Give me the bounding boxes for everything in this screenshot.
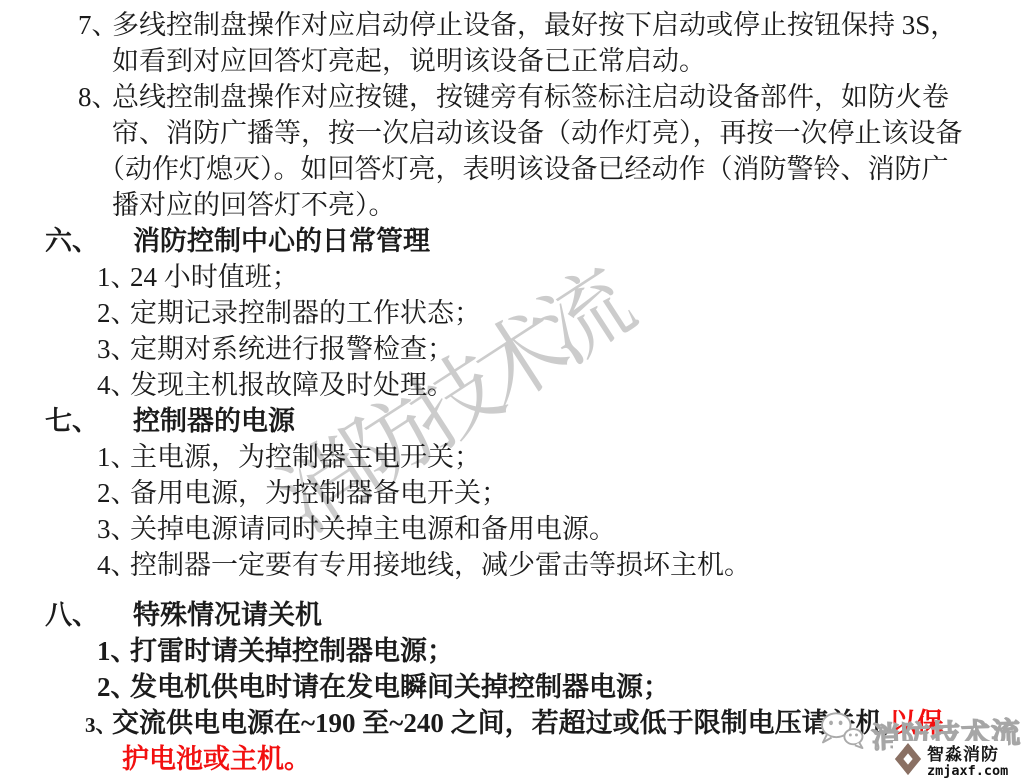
item-text: 打雷时请关掉控制器电源； — [130, 636, 454, 666]
brand-diamond-icon — [893, 741, 923, 783]
brand-text: 智淼消防 zmjaxf.com — [927, 746, 1008, 779]
section-heading-6: 六、消防控制中心的日常管理 — [0, 223, 1034, 259]
item-text: 交流供电电源在 — [112, 708, 301, 738]
list-item-8-cont: 帘、消防广播等，按一次启动该设备（动作灯亮），再按一次停止该设备 — [0, 115, 1034, 151]
list-item-7: 7、多线控制盘操作对应启动停止设备，最好按下启动或停止按钮保持 3S， — [0, 7, 1034, 43]
section-number: 七、 — [45, 403, 133, 439]
item-text: （动作灯熄灭）。如回答灯亮，表明该设备已经动作（消防警铃、消防广 — [98, 154, 949, 184]
list-item: 1、主电源，为控制器主电开关； — [0, 439, 1034, 475]
list-item: 2、定期记录控制器的工作状态； — [0, 295, 1034, 331]
item-text: 播对应的回答灯不亮）。 — [112, 190, 396, 220]
section-number: 八、 — [45, 597, 133, 633]
item-number: 3、 — [85, 707, 112, 743]
section-title: 控制器的电源 — [133, 406, 295, 436]
list-item: 2、发电机供电时请在发电瞬间关掉控制器电源； — [0, 669, 1034, 705]
warning-text: 护电池或主机。 — [122, 744, 311, 774]
item-number: 1、 — [97, 633, 130, 669]
list-item: 4、发现主机报故障及时处理。 — [0, 367, 1034, 403]
list-item: 3、定期对系统进行报警检查； — [0, 331, 1034, 367]
section-title: 特殊情况请关机 — [133, 600, 322, 630]
item-number: 4、 — [97, 547, 130, 583]
brand-badge: 智淼消防 zmjaxf.com — [893, 741, 1008, 783]
item-text: 关掉电源请同时关掉主电源和备用电源。 — [130, 514, 616, 544]
item-number: 4、 — [97, 367, 130, 403]
brand-name: 智淼消防 — [927, 746, 1008, 763]
item-number: 7、 — [78, 7, 112, 43]
item-number: 3、 — [97, 511, 130, 547]
item-text: 如看到对应回答灯亮起，说明该设备已正常启动。 — [112, 46, 706, 76]
list-item-8-cont: （动作灯熄灭）。如回答灯亮，表明该设备已经动作（消防警铃、消防广 — [0, 151, 1034, 187]
item-text: 控制器一定要有专用接地线，减少雷击等损坏主机。 — [130, 550, 751, 580]
document-page: 消防技术流 7、多线控制盘操作对应启动停止设备，最好按下启动或停止按钮保持 3S… — [0, 0, 1034, 783]
voltage-low: ~190 — [301, 708, 356, 738]
item-text: 定期记录控制器的工作状态； — [130, 298, 481, 328]
section-heading-8: 八、特殊情况请关机 — [0, 597, 1034, 633]
section-heading-7: 七、控制器的电源 — [0, 403, 1034, 439]
document-body: 7、多线控制盘操作对应启动停止设备，最好按下启动或停止按钮保持 3S， 如看到对… — [0, 0, 1034, 777]
section-number: 六、 — [45, 223, 133, 259]
list-item-8: 8、总线控制盘操作对应按键，按键旁有标签标注启动设备部件，如防火卷 — [0, 79, 1034, 115]
list-item: 2、备用电源，为控制器备电开关； — [0, 475, 1034, 511]
item-text: 备用电源，为控制器备电开关； — [130, 478, 508, 508]
item-text: 24 小时值班； — [130, 262, 299, 292]
list-item-8-cont: 播对应的回答灯不亮）。 — [0, 187, 1034, 223]
item-text: 多线控制盘操作对应启动停止设备，最好按下启动或停止按钮保持 3S， — [112, 10, 957, 40]
list-item-7-cont: 如看到对应回答灯亮起，说明该设备已正常启动。 — [0, 43, 1034, 79]
item-number: 8、 — [78, 79, 112, 115]
wechat-icon — [818, 710, 866, 757]
list-item: 1、24 小时值班； — [0, 259, 1034, 295]
list-item: 4、控制器一定要有专用接地线，减少雷击等损坏主机。 — [0, 547, 1034, 583]
item-text: 发现主机报故障及时处理。 — [130, 370, 454, 400]
brand-url: zmjaxf.com — [927, 765, 1008, 779]
section-title: 消防控制中心的日常管理 — [133, 226, 430, 256]
item-number: 1、 — [97, 439, 130, 475]
item-number: 3、 — [97, 331, 130, 367]
item-text: 定期对系统进行报警检查； — [130, 334, 454, 364]
item-number: 2、 — [97, 669, 130, 705]
item-text: 帘、消防广播等，按一次启动该设备（动作灯亮），再按一次停止该设备 — [112, 118, 963, 148]
item-text: 总线控制盘操作对应按键，按键旁有标签标注启动设备部件，如防火卷 — [112, 82, 949, 112]
item-text: 主电源，为控制器主电开关； — [130, 442, 481, 472]
voltage-high: ~240 — [389, 708, 444, 738]
item-number: 2、 — [97, 295, 130, 331]
list-item: 1、打雷时请关掉控制器电源； — [0, 633, 1034, 669]
item-text: 至 — [356, 708, 390, 738]
item-text: 发电机供电时请在发电瞬间关掉控制器电源； — [130, 672, 670, 702]
item-number: 2、 — [97, 475, 130, 511]
item-number: 1、 — [97, 259, 130, 295]
list-item: 3、关掉电源请同时关掉主电源和备用电源。 — [0, 511, 1034, 547]
